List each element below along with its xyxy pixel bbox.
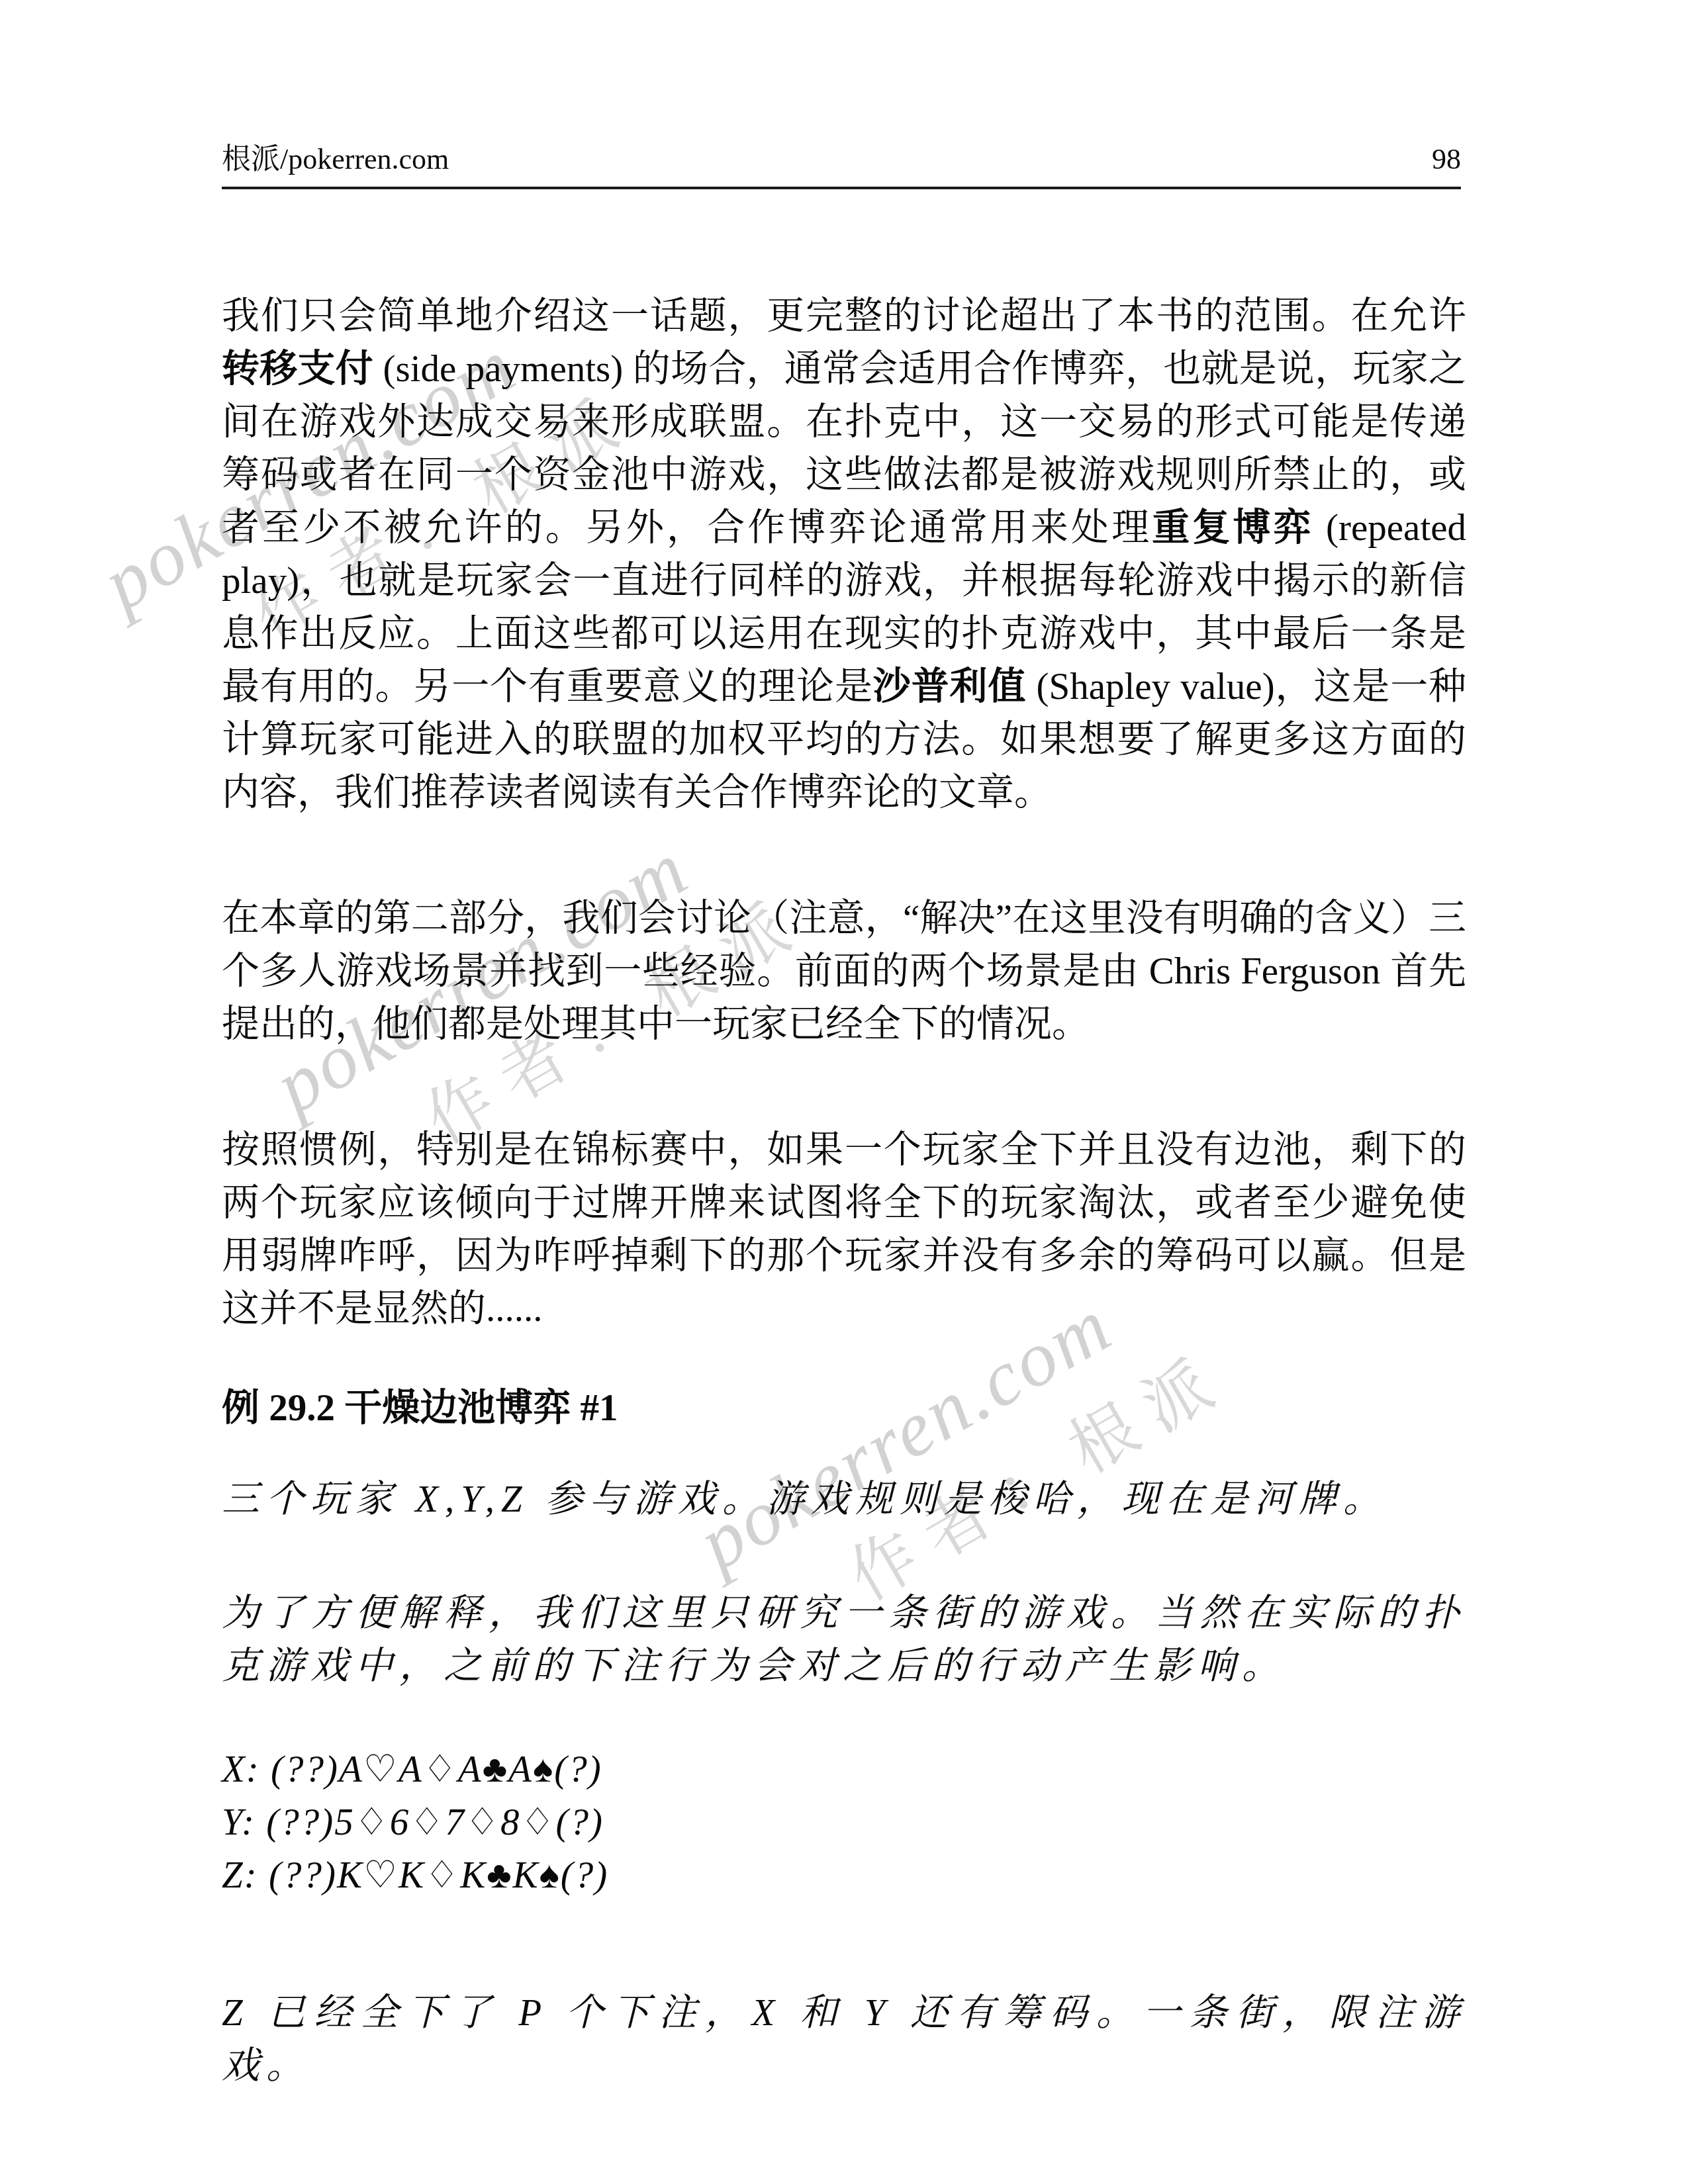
hand-line-z: Z: (??)K♡K♢K♣K♠(?) — [222, 1849, 1466, 1902]
example-heading: 例 29.2 干燥边池博弈 #1 — [222, 1382, 1466, 1435]
paragraph-cooperative-games: 我们只会简单地介绍这一话题，更完整的讨论超出了本书的范围。在允许转移支付 (si… — [222, 290, 1466, 819]
paragraph-chapter-part-two: 在本章的第二部分，我们会讨论（注意，“解决”在这里没有明确的含义）三个多人游戏场… — [222, 892, 1466, 1051]
page-header: 根派/pokerren.com 98 — [222, 140, 1461, 189]
document-page: pokerren.com 作者：根派 pokerren.com 作者：根派 po… — [0, 0, 1688, 2184]
bold-term-shapley-value: 沙普利值 — [873, 666, 1027, 707]
hand-line-x: X: (??)A♡A♢A♣A♠(?) — [222, 1743, 1466, 1796]
example-setup-players: 三个玩家 X,Y,Z 参与游戏。游戏规则是梭哈，现在是河牌。 — [222, 1473, 1466, 1526]
example-stakes-note: Z 已经全下了 P 个下注，X 和 Y 还有筹码。一条街，限注游戏。 — [222, 1987, 1466, 2093]
paragraph-convention: 按照惯例，特别是在锦标赛中，如果一个玩家全下并且没有边池，剩下的两个玩家应该倾向… — [222, 1124, 1466, 1336]
bold-term-side-payments: 转移支付 — [222, 348, 373, 390]
hand-line-y: Y: (??)5♢6♢7♢8♢(?) — [222, 1796, 1466, 1849]
text-run: 我们只会简单地介绍这一话题，更完整的讨论超出了本书的范围。在允许 — [222, 295, 1466, 337]
page-number: 98 — [1432, 140, 1461, 179]
page-content: 我们只会简单地介绍这一话题，更完整的讨论超出了本书的范围。在允许转移支付 (si… — [222, 290, 1466, 2093]
header-site-title: 根派/pokerren.com — [222, 140, 449, 179]
example-setup-explanation: 为了方便解释，我们这里只研究一条街的游戏。当然在实际的扑克游戏中，之前的下注行为… — [222, 1587, 1466, 1693]
bold-term-repeated-play: 重复博弈 — [1152, 507, 1313, 549]
hand-listing: X: (??)A♡A♢A♣A♠(?) Y: (??)5♢6♢7♢8♢(?) Z:… — [222, 1743, 1466, 1902]
